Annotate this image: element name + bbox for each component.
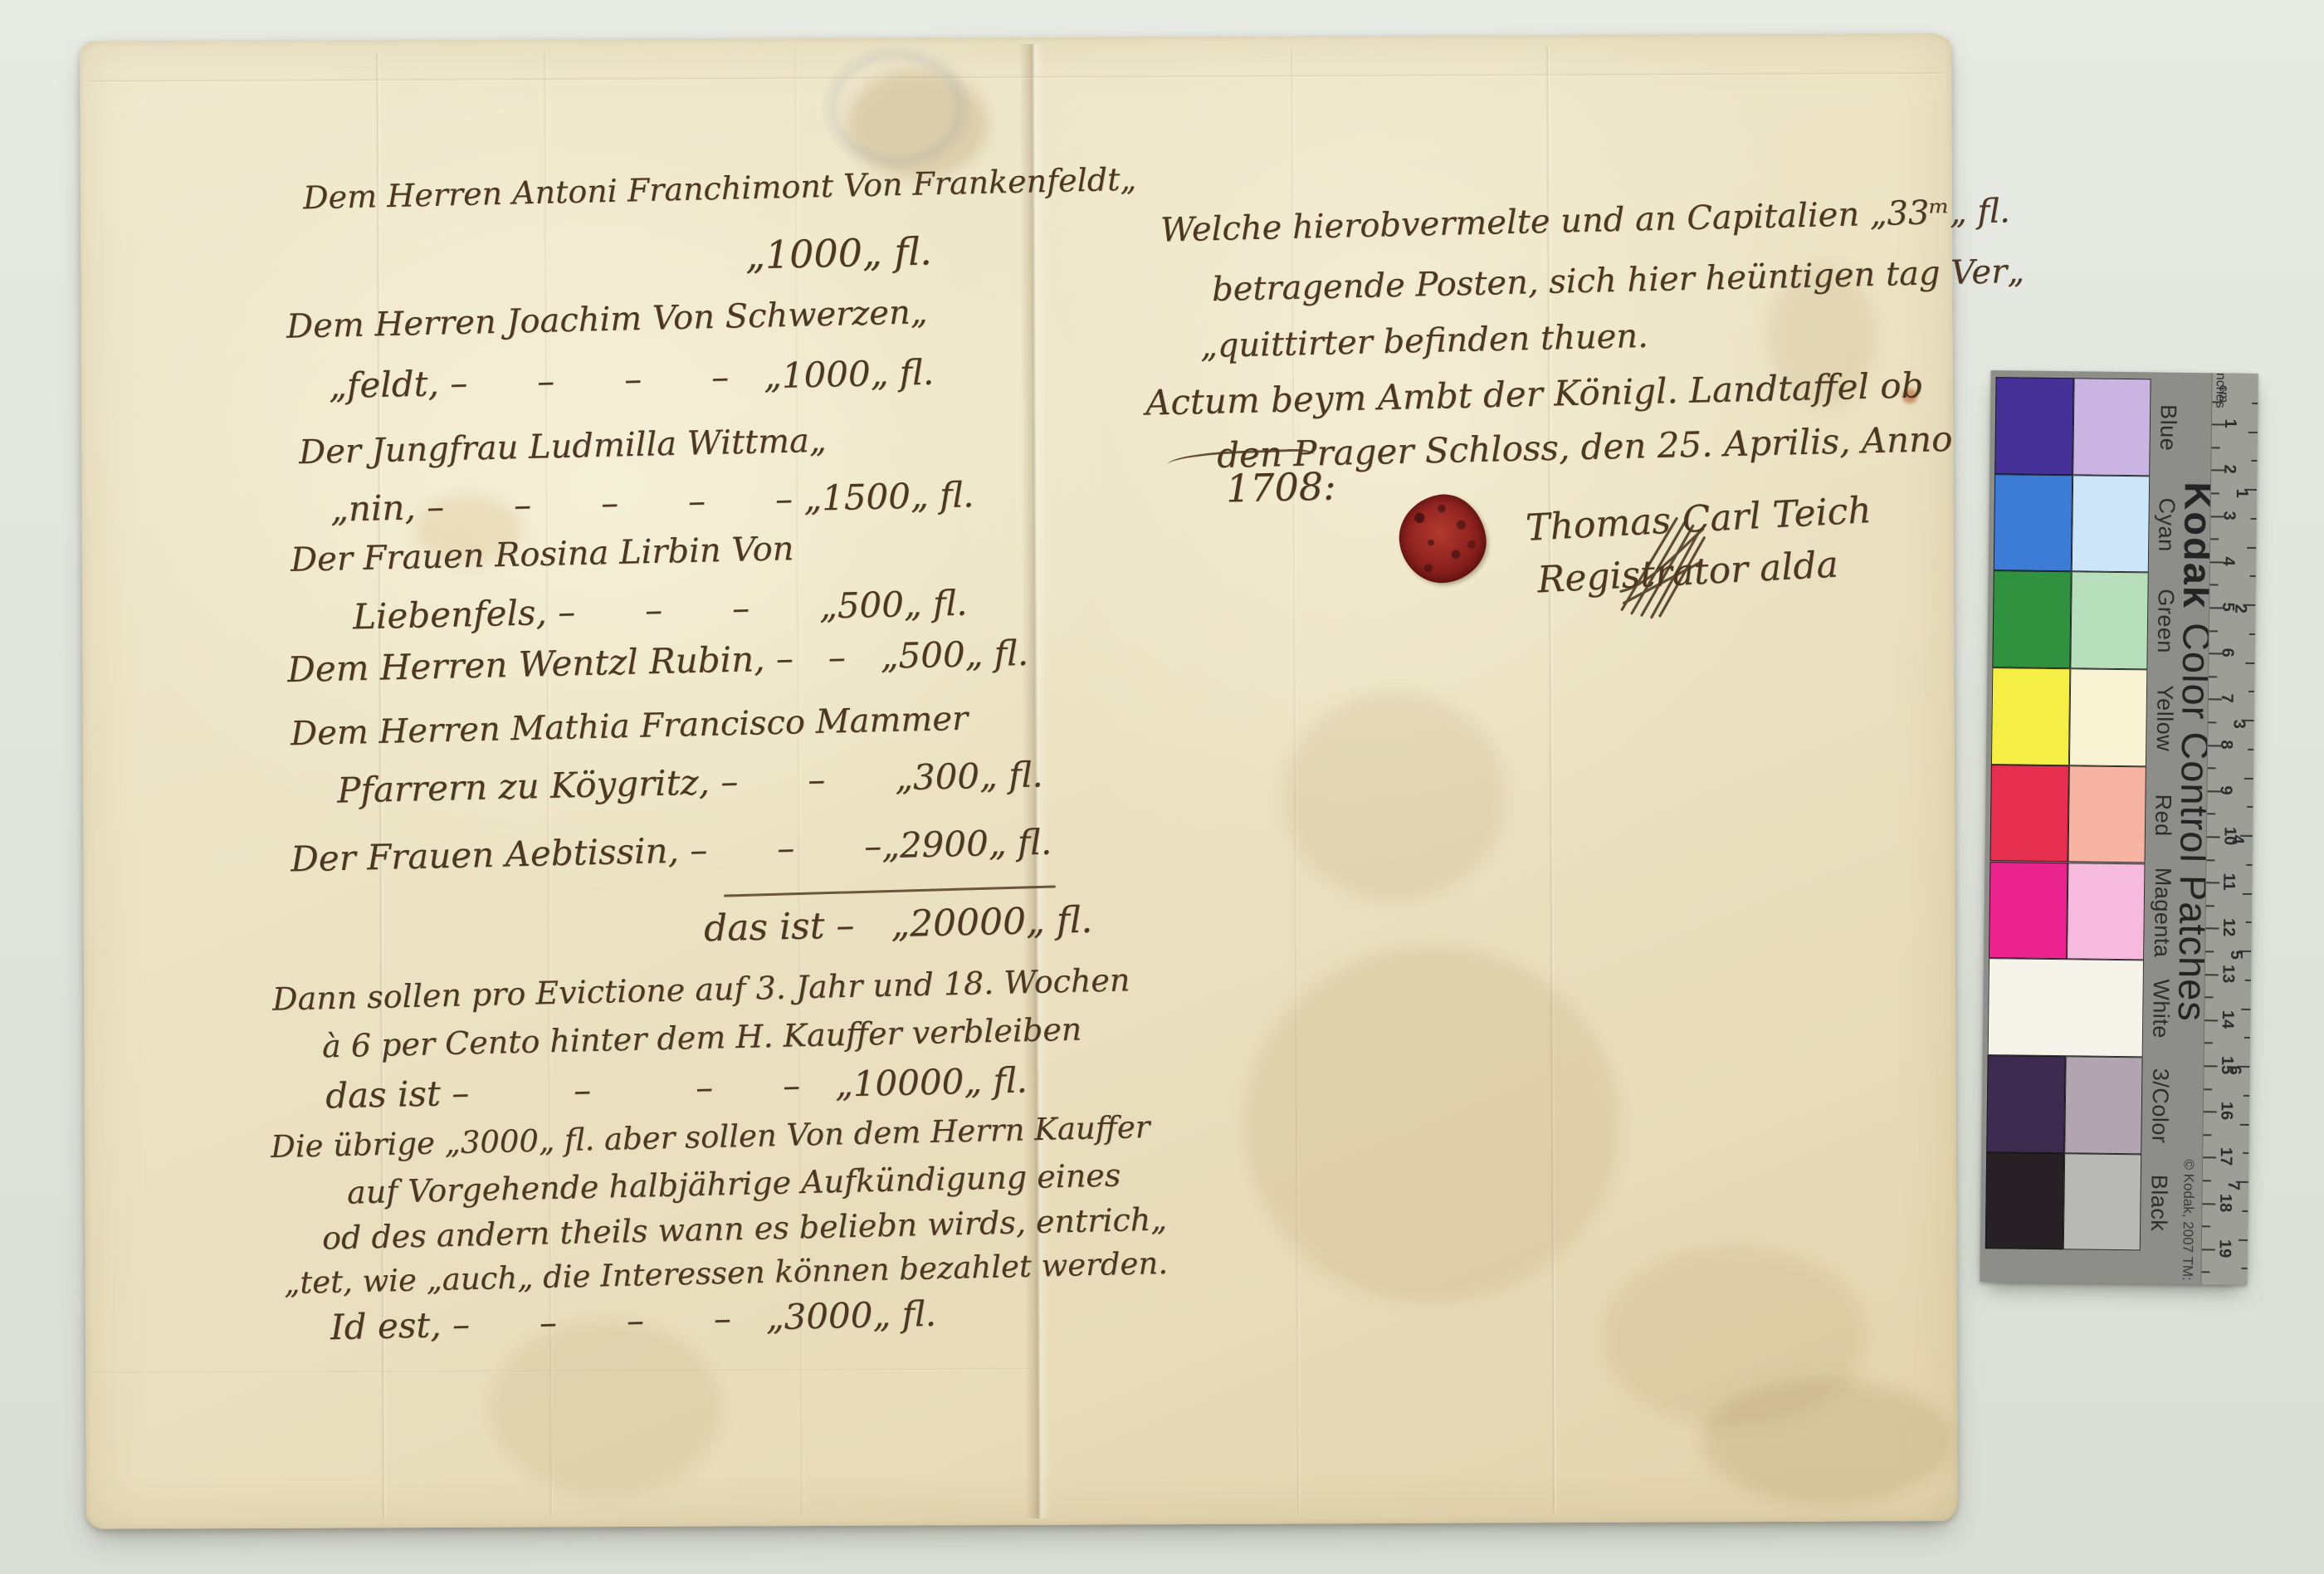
ruler-inch-subtick [2242,1210,2248,1212]
round-watermark-stain [822,46,971,170]
ruler-cm-halftick [2204,1043,2213,1044]
ruler-cm-halftick [2204,1088,2212,1090]
ruler-inch-subtick [2239,1239,2248,1240]
color-patch-magenta-solid [1989,862,2068,960]
color-patch-cyan-tint [2071,475,2150,573]
paper-stain [1282,693,1506,901]
ruler-cm-tick [2206,928,2219,930]
ruler-inch-subtick [2247,546,2257,548]
ruler-inch-number: 5 [2226,951,2245,960]
ruler-inch-subtick [2251,460,2258,462]
ruler-cm-number: 17 [2216,1147,2235,1166]
paper-stain [490,1320,722,1494]
kodak-copyright-text: © Kodak, 2007 TM: Kodak [2179,1159,2197,1285]
color-patch-blue-solid [1994,377,2073,475]
ruler-cm-number: 3 [2219,511,2239,520]
ruler-cm-number: 4 [2219,556,2238,565]
kodak-ruler: cm inches 123456789101112131415161718191… [2200,373,2258,1285]
fold-crease [88,71,1943,84]
ruler-cm-tick [2207,836,2220,838]
color-patch-green-tint [2070,572,2149,670]
paper-stain [1701,1378,1950,1503]
ruler-inch-subtick [2248,749,2254,750]
ruler-cm-halftick [2211,492,2219,494]
ruler-cm-halftick [2204,996,2213,998]
signature-flourish [1615,510,1711,625]
ruler-cm-tick [2205,974,2219,975]
ruler-cm-halftick [2210,584,2219,586]
ruler-cm-halftick [2212,447,2220,448]
ruler-inch-subtick [2243,1095,2250,1097]
ruler-cm-halftick [2209,676,2217,677]
color-patch-blue-tint [2073,378,2151,476]
ruler-cm-tick [2202,1249,2215,1250]
ruler-cm-number: 1 [2220,419,2239,428]
manuscript-year: 1708: [1225,464,1336,511]
color-patch-yellow-solid [1991,667,2070,765]
ruler-cm-tick [2204,1065,2217,1067]
color-patch-cyan-solid [1994,474,2073,572]
manuscript-sum-line: das ist – „20000„ fl. [703,899,1092,951]
ruler-inch-subtick [2243,1152,2249,1154]
ruler-inch-subtick [2245,662,2255,663]
ruler-cm-halftick [2210,539,2219,540]
color-patch-black-tint [2063,1153,2141,1251]
ruler-cm-number: 18 [2215,1193,2234,1212]
paper-stain [1245,946,1618,1303]
color-patch-black-solid [1985,1152,2064,1250]
ruler-cm-number: 8 [2216,740,2235,749]
ruler-cm-number: 16 [2216,1102,2235,1121]
ruler-cm-tick [2202,1203,2215,1205]
ruler-cm-tick [2204,1019,2218,1021]
ruler-cm-tick [2203,1157,2216,1159]
color-patch-green-solid [1992,571,2071,669]
ruler-cm-tick [2206,882,2219,883]
ruler-inch-number: 6 [2224,1066,2243,1075]
ruler-cm-number: 12 [2219,918,2238,937]
patch-row-label-text: Blue [2155,404,2181,451]
ruler-inch-subtick [2244,777,2254,779]
ruler-cm-number: 11 [2219,873,2238,891]
ruler-inch-number: 3 [2229,720,2248,729]
ruler-cm-halftick [2209,630,2218,632]
ruler-inch-subtick [2248,431,2258,433]
ruler-inch-subtick [2245,980,2252,981]
ruler-inch-subtick [2244,1037,2251,1039]
ruler-cm-halftick [2203,1134,2211,1136]
ruler-cm-halftick [2203,1180,2211,1181]
ruler-inch-subtick [2240,1123,2250,1125]
ruler-inch-subtick [2250,575,2257,577]
ruler-cm-number: 6 [2218,648,2237,657]
kodak-color-card: BlueCyanGreenYellowRedMagentaWhite3/Colo… [1980,370,2258,1285]
ruler-inch-number: 7 [2224,1181,2243,1190]
ruler-cm-number: 9 [2216,785,2235,794]
color-patch-3-color-tint [2064,1056,2143,1154]
ruler-inch-subtick [2248,691,2255,692]
ruler-inch-subtick [2241,1008,2251,1009]
ruler-cm-halftick [2205,951,2214,952]
ruler-inch-subtick [2242,1268,2248,1269]
color-patch-yellow-tint [2068,668,2147,766]
ruler-inch-subtick [2249,633,2256,635]
ruler-cm-number: 13 [2218,964,2237,983]
ruler-cm-number: 19 [2214,1239,2234,1259]
ruler-cm-tick [2204,1111,2217,1112]
color-patch-magenta-tint [2067,863,2146,961]
color-patch-red-solid [1990,765,2068,863]
ruler-cm-halftick [2202,1225,2210,1227]
ruler-inch-subtick [2251,518,2258,520]
ruler-cm-halftick [2208,767,2216,769]
photo-background: Dem Herren Antoni Franchimont Von Franke… [0,0,2324,1574]
ruler-cm-halftick [2209,721,2217,723]
ruler-inch-subtick [2246,864,2253,866]
ruler-cm-halftick [2201,1272,2209,1273]
ruler-cm-halftick [2206,905,2214,907]
kodak-patch-rows [1985,377,2151,1250]
manuscript-line: „1000„ fl. [745,228,932,277]
ruler-inch-number: 4 [2228,835,2247,844]
patch-row-label-text: 3/Color [2146,1068,2173,1144]
ruler-inch-subtick [2247,806,2253,808]
ruler-inch-number: 1 [2232,489,2251,498]
ruler-inch-subtick [2252,403,2258,404]
ruler-inch-subtick [2243,892,2253,894]
ruler-cm-halftick [2212,401,2220,403]
color-patch-white [1988,958,2144,1057]
color-patch-3-color-solid [1986,1055,2065,1153]
ruler-cm-number: 2 [2219,465,2239,474]
color-patch-red-tint [2068,765,2146,863]
ruler-inch-number: 2 [2230,604,2249,613]
ruler-inch-subtick [2246,921,2253,923]
ruler-cm-halftick [2207,814,2215,815]
ruler-cm-halftick [2207,859,2215,861]
ruler-cm-number: 14 [2218,1010,2237,1029]
ruler-cm-number: 7 [2217,694,2236,703]
patch-row-label-text: Black [2146,1174,2172,1231]
